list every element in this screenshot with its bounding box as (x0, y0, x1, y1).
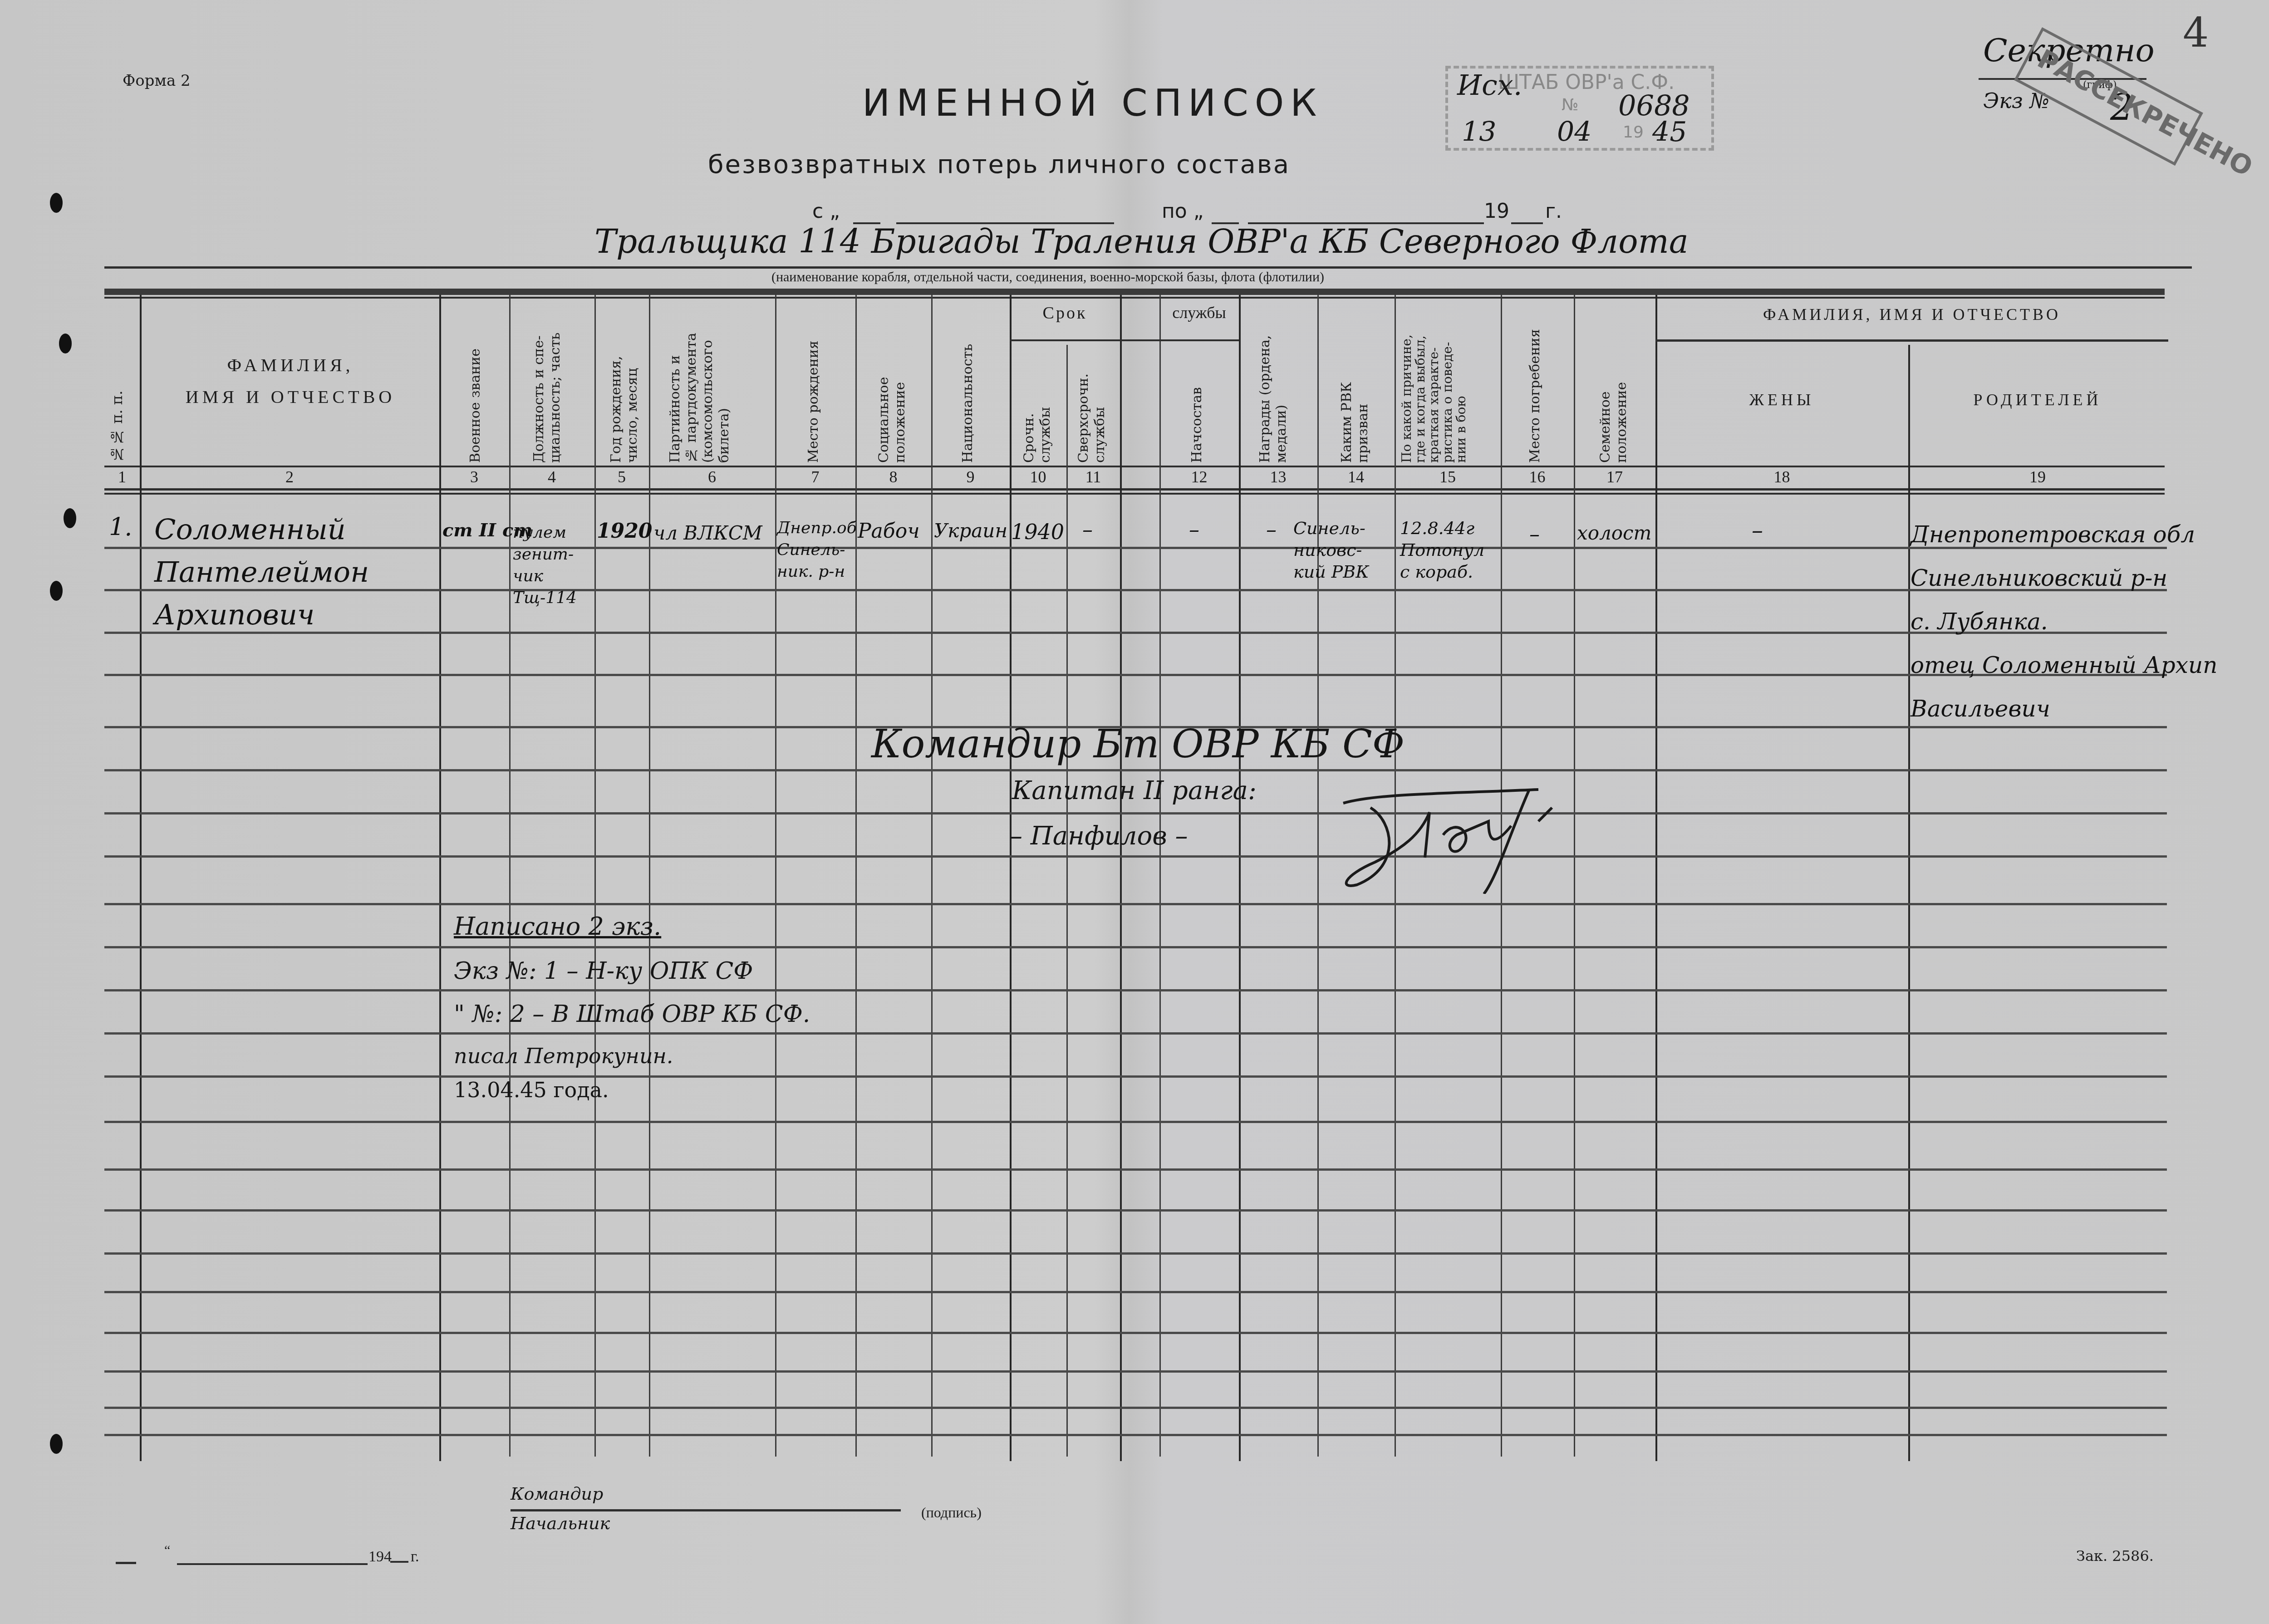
footer-year-prefix: 194 (368, 1548, 392, 1565)
cell-party: чл ВЛКСМ (653, 522, 762, 544)
row-line (104, 1434, 2167, 1436)
header-col-2: ФАМИЛИЯ, ИМЯ И ОТЧЕСТВО (145, 349, 436, 413)
header-col-13: Награды (ордена, медали) (1257, 309, 1290, 463)
cell-num: 1. (109, 513, 133, 541)
header-col-7: Место рождения (805, 318, 822, 463)
row-line (104, 589, 2167, 591)
cell-awards: – (1266, 517, 1277, 542)
row-line (104, 1370, 2167, 1373)
row-line (104, 769, 2167, 771)
header-col-4: Должность и спе- циальность; часть (531, 309, 564, 463)
header-col-14: Каким РВК призван (1339, 309, 1371, 463)
period-year-prefix: 19 (1484, 200, 1509, 223)
col-num-19: 19 (1908, 467, 2167, 486)
relatives-group-line (1655, 339, 2168, 342)
punch-hole (50, 581, 63, 601)
col-num-1: 1 (104, 467, 140, 486)
registry-year: 45 (1652, 116, 1687, 148)
header-col-10: Срочн. службы (1021, 349, 1054, 463)
row-line (104, 1332, 2167, 1334)
order-number: Зак. 2586. (2076, 1547, 2154, 1565)
col-num-6: 6 (649, 467, 775, 486)
page-number: 4 (2183, 9, 2209, 57)
col-num-9: 9 (931, 467, 1010, 486)
col-line (1120, 295, 1122, 1461)
row-line (104, 632, 2167, 634)
col-num-14: 14 (1317, 467, 1395, 486)
period-from-label: с „ (812, 200, 840, 223)
col-num-2: 2 (140, 467, 439, 486)
registry-month: 04 (1557, 116, 1591, 148)
cell-social: Рабоч (858, 520, 920, 543)
header-col-17: Семейное положение (1597, 309, 1630, 463)
form-label: Форма 2 (123, 72, 191, 90)
header-col-3: Военное звание (467, 327, 484, 463)
cell-reason: 12.8.44г Потонул с кораб. (1400, 517, 1484, 583)
row-line (104, 1209, 2167, 1212)
col-num-5: 5 (594, 467, 649, 486)
registry-day: 13 (1462, 116, 1496, 148)
header-col-16: Место погребения (1527, 309, 1543, 463)
col-num-11: 11 (1066, 467, 1120, 486)
footer-commander-label: Командир (511, 1484, 603, 1504)
signature-name: – Панфилов – (1010, 821, 1188, 851)
term-group-line (1010, 339, 1120, 341)
col-num-4: 4 (509, 467, 594, 486)
cell-wife: – (1752, 517, 1763, 544)
row-line (104, 812, 2167, 814)
row-line (104, 1121, 2167, 1123)
header-bottom (104, 488, 2165, 491)
registry-year-prefix: 19 (1623, 123, 1644, 142)
cell-birthplace: Днепр.об Синель- ник. р-н (777, 517, 857, 583)
row-line (104, 855, 2167, 858)
signature-commander-title: Командир Бт ОВР КБ СФ (871, 721, 1405, 767)
cell-parents: Днепропетровская обл Синельниковский р-н… (1910, 513, 2217, 731)
footer-day-field[interactable] (116, 1562, 136, 1564)
header-col-6: Партийность и № партдокумента (комсомоль… (667, 309, 732, 463)
col-num-3: 3 (439, 467, 509, 486)
cell-rvk: Синель- никовс- кий РВК (1293, 517, 1369, 583)
group-service-label: службы (1159, 303, 1239, 322)
cell-term-extended: – (1082, 517, 1093, 542)
unit-underline (104, 266, 2192, 269)
footer-signature-line[interactable] (511, 1509, 901, 1511)
punch-hole (59, 334, 72, 353)
page-title: ИМЕННОЙ СПИСОК (862, 82, 1323, 125)
col-num-16: 16 (1501, 467, 1574, 486)
col-num-12: 12 (1159, 467, 1239, 486)
col-num-7: 7 (775, 467, 855, 486)
notes-copy-2: " №: 2 – В Штаб ОВР КБ СФ. (454, 1001, 810, 1028)
row-line (104, 989, 2167, 991)
unit-caption: (наименование корабля, отдельной части, … (771, 270, 1324, 285)
cell-name: Соломенный Пантелеймон Архипович (154, 508, 369, 636)
group-relatives-label: ФАМИЛИЯ, ИМЯ И ОТЧЕСТВО (1655, 305, 2168, 324)
cell-family: холост (1577, 522, 1651, 544)
col-num-10: 10 (1010, 467, 1066, 486)
group-term-label: Срок (1010, 303, 1120, 323)
table-top-border-inner (104, 297, 2165, 299)
handwritten-signature (1339, 785, 1647, 894)
cell-nationality: Украин (934, 520, 1007, 542)
col-line (1066, 345, 1068, 1457)
notes-copies: Написано 2 экз. (454, 912, 661, 941)
cell-officer: – (1189, 517, 1199, 542)
header-col-8: Социальное положение (876, 318, 909, 463)
notes-date: 13.04.45 года. (454, 1078, 609, 1102)
cell-burial: – (1529, 522, 1540, 546)
row-line (104, 1252, 2167, 1255)
header-col-12: Начсостав (1189, 349, 1205, 463)
row-line (104, 1291, 2167, 1293)
notes-author: писал Петрокунин. (454, 1044, 673, 1068)
header-col-1: №№ п. п. (109, 354, 125, 463)
registry-stamp: ШТАБ ОВР'а С.Ф. Исх. № 0688 13 04 19 45 (1445, 66, 1714, 151)
punch-hole (50, 1434, 63, 1454)
footer-year-end: г. (411, 1548, 419, 1565)
period-year-end: г. (1545, 200, 1562, 223)
cell-term-regular: 1940 (1011, 520, 1064, 544)
row-line (104, 1075, 2167, 1078)
row-line (104, 946, 2167, 948)
header-col-18: ЖЕНЫ (1655, 390, 1908, 409)
period-to-label: по „ (1162, 200, 1203, 223)
col-num-13: 13 (1239, 467, 1317, 486)
service-group-line (1120, 339, 1239, 341)
col-num-8: 8 (855, 467, 931, 486)
header-col-19: РОДИТЕЛЕЙ (1908, 390, 2167, 409)
notes-copy-1: Экз №: 1 – Н-ку ОПК СФ (454, 957, 753, 985)
col-num-17: 17 (1574, 467, 1655, 486)
header-col-5: Год рождения, число, месяц (608, 309, 641, 463)
footer-chief-label: Начальник (511, 1513, 610, 1533)
punch-hole (64, 508, 76, 528)
row-line (104, 1168, 2167, 1171)
footer-year-field[interactable] (390, 1561, 408, 1563)
col-num-15: 15 (1395, 467, 1501, 486)
table-top-border (104, 289, 2165, 295)
signature-rank: Капитан II ранга: (1012, 776, 1257, 805)
header-col-9: Национальность (960, 318, 976, 463)
cell-position: пулем зенит- чик Тщ-114 (513, 522, 577, 609)
row-line (104, 1407, 2167, 1409)
row-line (104, 903, 2167, 905)
header-col-15: По какой причине, где и когда выбыл, кра… (1400, 299, 1468, 463)
registry-number-label: № (1562, 96, 1578, 114)
header-bottom-inner (104, 493, 2165, 495)
registry-prefix: Исх. (1457, 69, 1522, 102)
header-col-11: Сверхсрочн. службы (1076, 349, 1108, 463)
unit-name-handwritten: Тральщика 114 Бригады Траления ОВР'а КБ … (594, 222, 1689, 260)
punch-hole (50, 193, 63, 213)
row-line (104, 674, 2167, 676)
row-line (104, 1032, 2167, 1035)
footer-month-field[interactable] (177, 1563, 368, 1565)
footer-quote: “ (164, 1543, 170, 1558)
footer-signature-caption: (подпись) (921, 1504, 982, 1521)
col-num-18: 18 (1655, 467, 1908, 486)
cell-birth-year: 1920 (597, 520, 652, 543)
row-line (104, 547, 2167, 549)
page-subtitle: безвозвратных потерь личного состава (708, 150, 1290, 179)
